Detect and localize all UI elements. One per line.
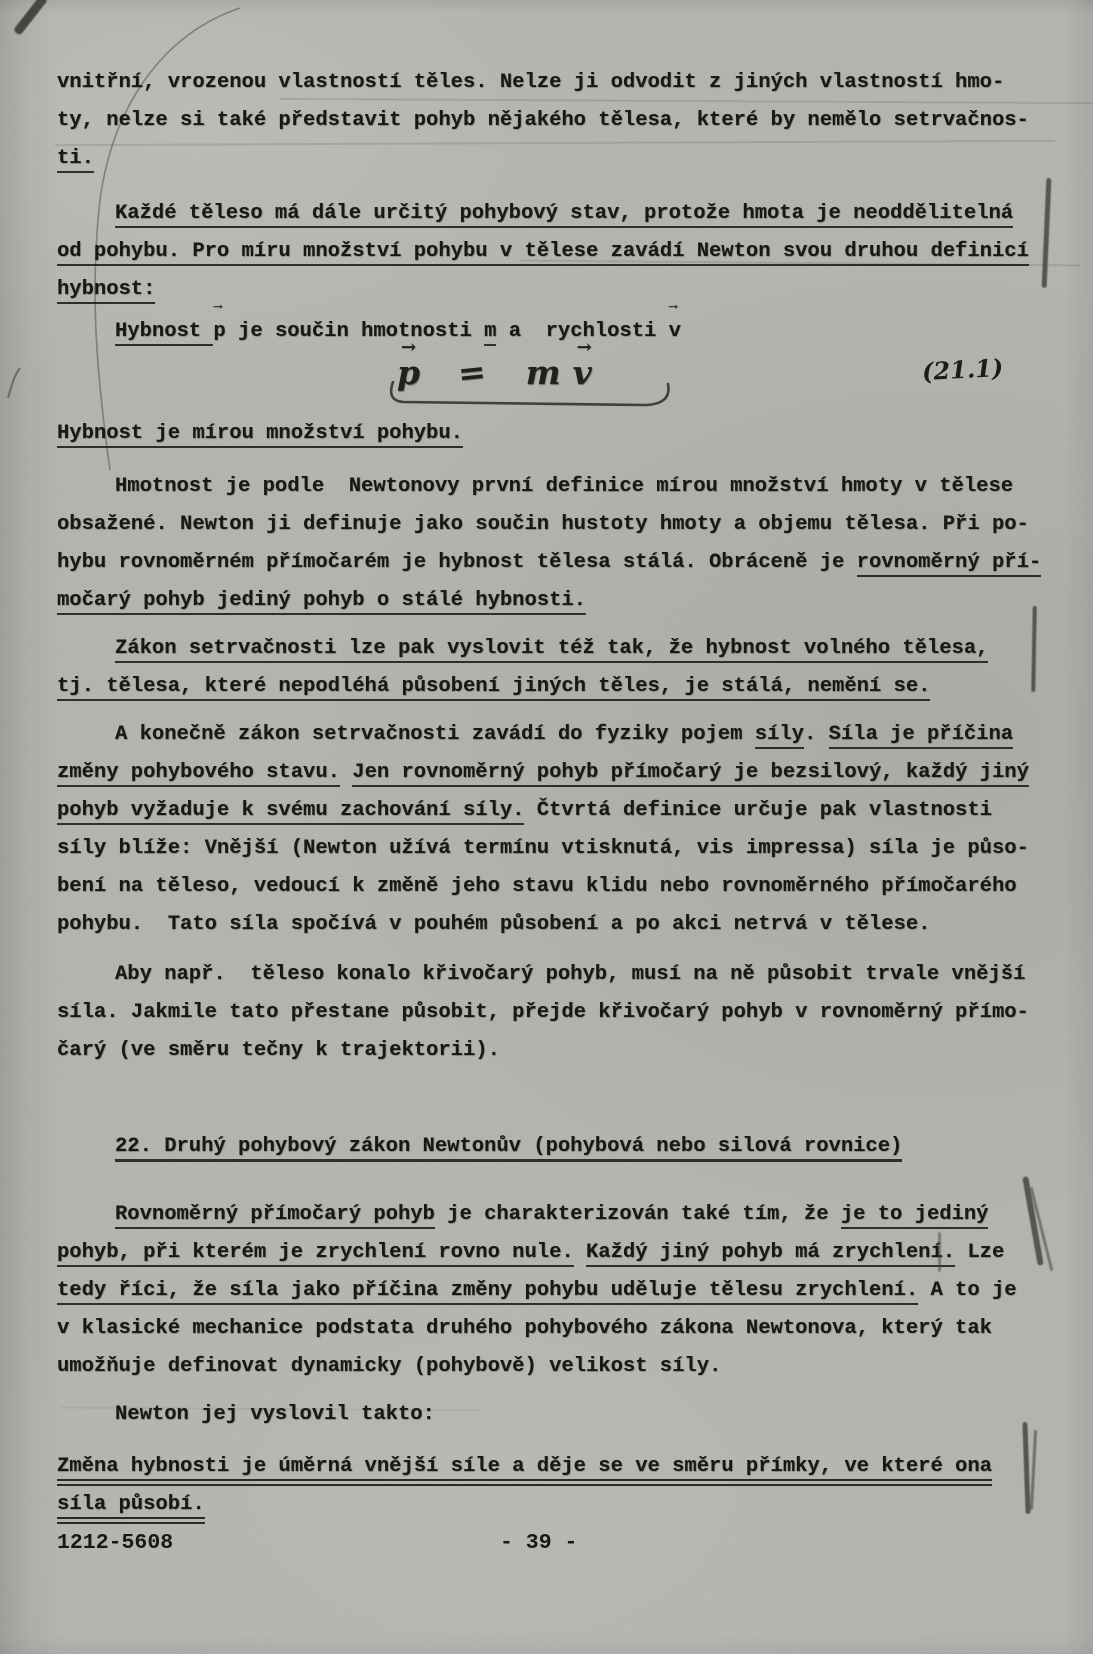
- text-segment: Čtvrtá definice určuje pak vlastnosti: [524, 799, 991, 822]
- text-segment: pohybu. Tato síla spočívá v pouhém působ…: [57, 913, 930, 936]
- text-segment: [340, 761, 352, 784]
- hand-bracket: [385, 381, 685, 409]
- velocity-symbol: v→: [573, 351, 592, 395]
- text-segment: Každý jiný pohyb má zrychlení.: [586, 1241, 955, 1267]
- text-segment: A konečně zákon setrvačnosti zavádí do f…: [115, 723, 755, 746]
- text-segment: síly blíže: Vnější (Newton užívá termínu…: [57, 837, 1029, 860]
- text-line: změny pohybového stavu. Jen rovnoměrný p…: [57, 754, 1093, 792]
- text-line: síla. Jakmile tato přestane působit, pře…: [57, 994, 1093, 1032]
- text-line: Každé těleso má dále určitý pohybový sta…: [57, 195, 1093, 233]
- text-segment: Hmotnost je podle Newtonovy první defini…: [115, 475, 1013, 498]
- text-line: síla působí.: [57, 1486, 1093, 1524]
- paragraph: Newton jej vyslovil takto:: [57, 1396, 1093, 1434]
- text-line: Hmotnost je podle Newtonovy první defini…: [57, 468, 1093, 506]
- text-segment: tj. tělesa, které nepodléhá působení jin…: [57, 675, 930, 701]
- text-line: Hybnost je mírou množství pohybu.: [57, 415, 1093, 453]
- text-line: pohybu. Tato síla spočívá v pouhém působ…: [57, 906, 1093, 944]
- section-heading: 22. Druhý pohybový zákon Newtonův (pohyb…: [57, 1128, 1093, 1166]
- text-line: A konečně zákon setrvačnosti zavádí do f…: [57, 716, 1093, 754]
- text-segment: síla působí.: [57, 1493, 205, 1524]
- text-segment: síly: [755, 723, 804, 749]
- text-line: vnitřní, vrozenou vlastností těles. Nelz…: [57, 64, 1093, 102]
- text-segment: m: [484, 320, 496, 346]
- text-segment: 22. Druhý pohybový zákon Newtonův (pohyb…: [115, 1135, 902, 1162]
- text-segment: je součin hmotnosti: [226, 320, 484, 343]
- equation-number: (21.1): [921, 353, 1004, 386]
- text-segment: Síla je příčina: [829, 723, 1014, 749]
- paragraph: A konečně zákon setrvačnosti zavádí do f…: [57, 716, 1093, 944]
- text-line: v klasické mechanice podstata druhého po…: [57, 1310, 1093, 1348]
- document-number: 1212-5608: [57, 1524, 173, 1562]
- text-line: pohyb vyžaduje k svému zachování síly. Č…: [57, 792, 1093, 830]
- text-segment: hybnost:: [57, 278, 155, 304]
- page-number: - 39 -: [500, 1524, 577, 1562]
- text-segment: tedy říci, že síla jako příčina změny po…: [57, 1279, 918, 1305]
- paragraph: Rovnoměrný přímočarý pohyb je charakteri…: [57, 1196, 1093, 1386]
- text-segment: obsažené. Newton ji definuje jako součin…: [57, 513, 1029, 536]
- text-line: močarý pohyb jediný pohyb o stálé hybnos…: [57, 582, 1093, 620]
- text-segment: Newton jej vyslovil takto:: [115, 1403, 435, 1426]
- text-segment: v klasické mechanice podstata druhého po…: [57, 1317, 992, 1340]
- vector-arrow-icon: →: [401, 342, 416, 354]
- text-line: Změna hybnosti je úměrná vnější síle a d…: [57, 1448, 1093, 1486]
- paragraph: Hybnost je mírou množství pohybu.: [57, 415, 1093, 453]
- momentum-symbol: p→: [397, 351, 420, 395]
- text-segment: Hybnost je mírou množství pohybu.: [57, 422, 463, 448]
- text-line: obsažené. Newton ji definuje jako součin…: [57, 506, 1093, 544]
- text-line: umožňuje definovat dynamicky (pohybově) …: [57, 1348, 1093, 1386]
- text-segment: od pohybu. Pro míru množství pohybu v tě…: [57, 240, 1029, 266]
- text-line: síly blíže: Vnější (Newton užívá termínu…: [57, 830, 1093, 868]
- text-line: čarý (ve směru tečny k trajektorii).: [57, 1032, 1093, 1070]
- text-line: Rovnoměrný přímočarý pohyb je charakteri…: [57, 1196, 1093, 1234]
- text-segment: bení na těleso, vedoucí k změně jeho sta…: [57, 875, 1017, 898]
- vector-arrow-icon: →: [577, 342, 592, 354]
- paragraph: Zákon setrvačnosti lze pak vyslovit též …: [57, 630, 1093, 706]
- text-segment: čarý (ve směru tečny k trajektorii).: [57, 1039, 500, 1062]
- text-line: Hybnost p→ je součin hmotnosti m a rychl…: [57, 313, 1093, 351]
- text-segment: pohyb vyžaduje k svému zachování síly.: [57, 799, 524, 825]
- text-segment: je to jediný: [841, 1203, 989, 1229]
- text-segment: umožňuje definovat dynamicky (pohybově) …: [57, 1355, 721, 1378]
- text-segment: změny pohybového stavu.: [57, 761, 340, 787]
- section-heading-line: 22. Druhý pohybový zákon Newtonův (pohyb…: [57, 1128, 1093, 1166]
- text-segment: hybu rovnoměrném přímočarém je hybnost t…: [57, 551, 857, 574]
- text-segment: v→: [669, 313, 681, 351]
- equals-sign: =: [456, 350, 488, 397]
- text-segment: Každé těleso má dále určitý pohybový sta…: [115, 202, 1013, 228]
- paragraph: vnitřní, vrozenou vlastností těles. Nelz…: [57, 64, 1093, 178]
- page-text: vnitřní, vrozenou vlastností těles. Nelz…: [0, 0, 1093, 1562]
- text-segment: .: [804, 723, 829, 746]
- text-line: od pohybu. Pro míru množství pohybu v tě…: [57, 233, 1093, 271]
- text-segment: rovnoměrný pří-: [857, 551, 1042, 577]
- paragraph: Hybnost p→ je součin hmotnosti m a rychl…: [57, 313, 1093, 351]
- paragraph: Hmotnost je podle Newtonovy první defini…: [57, 468, 1093, 620]
- text-line: tedy říci, že síla jako příčina změny po…: [57, 1272, 1093, 1310]
- text-line: Newton jej vyslovil takto:: [57, 1396, 1093, 1434]
- momentum-equation: p→=mv→: [397, 351, 592, 395]
- paragraph: Aby např. těleso konalo křivočarý pohyb,…: [57, 956, 1093, 1070]
- text-segment: ty, nelze si také představit pohyb nějak…: [57, 109, 1029, 132]
- text-segment: Lze: [955, 1241, 1004, 1264]
- text-segment: Jen rovnoměrný pohyb přímočarý je bezsil…: [352, 761, 1029, 787]
- text-line: bení na těleso, vedoucí k změně jeho sta…: [57, 868, 1093, 906]
- text-segment: je charakterizován také tím, že: [435, 1203, 841, 1226]
- text-segment: Zákon setrvačnosti lze pak vyslovit též …: [115, 637, 988, 663]
- text-segment: vnitřní, vrozenou vlastností těles. Nelz…: [57, 71, 1004, 94]
- paragraph: Každé těleso má dále určitý pohybový sta…: [57, 195, 1093, 309]
- text-segment: pohyb, při kterém je zrychlení rovno nul…: [57, 1241, 574, 1267]
- text-segment: Změna hybnosti je úměrná vnější síle a d…: [57, 1455, 992, 1486]
- pen-separator-mark: [938, 1232, 941, 1272]
- paragraph: Změna hybnosti je úměrná vnější síle a d…: [57, 1448, 1093, 1524]
- scanned-document-page: vnitřní, vrozenou vlastností těles. Nelz…: [0, 0, 1093, 1654]
- vector-arrow-icon: →: [213, 300, 222, 312]
- text-line: ti.: [57, 140, 1093, 178]
- text-line: Zákon setrvačnosti lze pak vyslovit též …: [57, 630, 1093, 668]
- text-line: Aby např. těleso konalo křivočarý pohyb,…: [57, 956, 1093, 994]
- text-line: ty, nelze si také představit pohyb nějak…: [57, 102, 1093, 140]
- text-segment: [574, 1241, 586, 1264]
- equation-row: p→=mv→ (21.1): [57, 351, 1093, 415]
- text-segment: síla. Jakmile tato přestane působit, pře…: [57, 1001, 1029, 1024]
- text-segment: ti.: [57, 147, 94, 173]
- text-segment: Hybnost: [115, 320, 213, 346]
- text-segment: p→: [213, 313, 225, 351]
- text-segment: Aby např. těleso konalo křivočarý pohyb,…: [115, 963, 1025, 986]
- page-footer: 1212-5608 - 39 -: [57, 1524, 1093, 1562]
- text-segment: Rovnoměrný přímočarý pohyb: [115, 1203, 435, 1229]
- text-line: tj. tělesa, které nepodléhá působení jin…: [57, 668, 1093, 706]
- vector-arrow-icon: →: [669, 300, 678, 312]
- text-segment: A to je: [918, 1279, 1016, 1302]
- text-line: hybu rovnoměrném přímočarém je hybnost t…: [57, 544, 1093, 582]
- text-segment: močarý pohyb jediný pohyb o stálé hybnos…: [57, 589, 586, 615]
